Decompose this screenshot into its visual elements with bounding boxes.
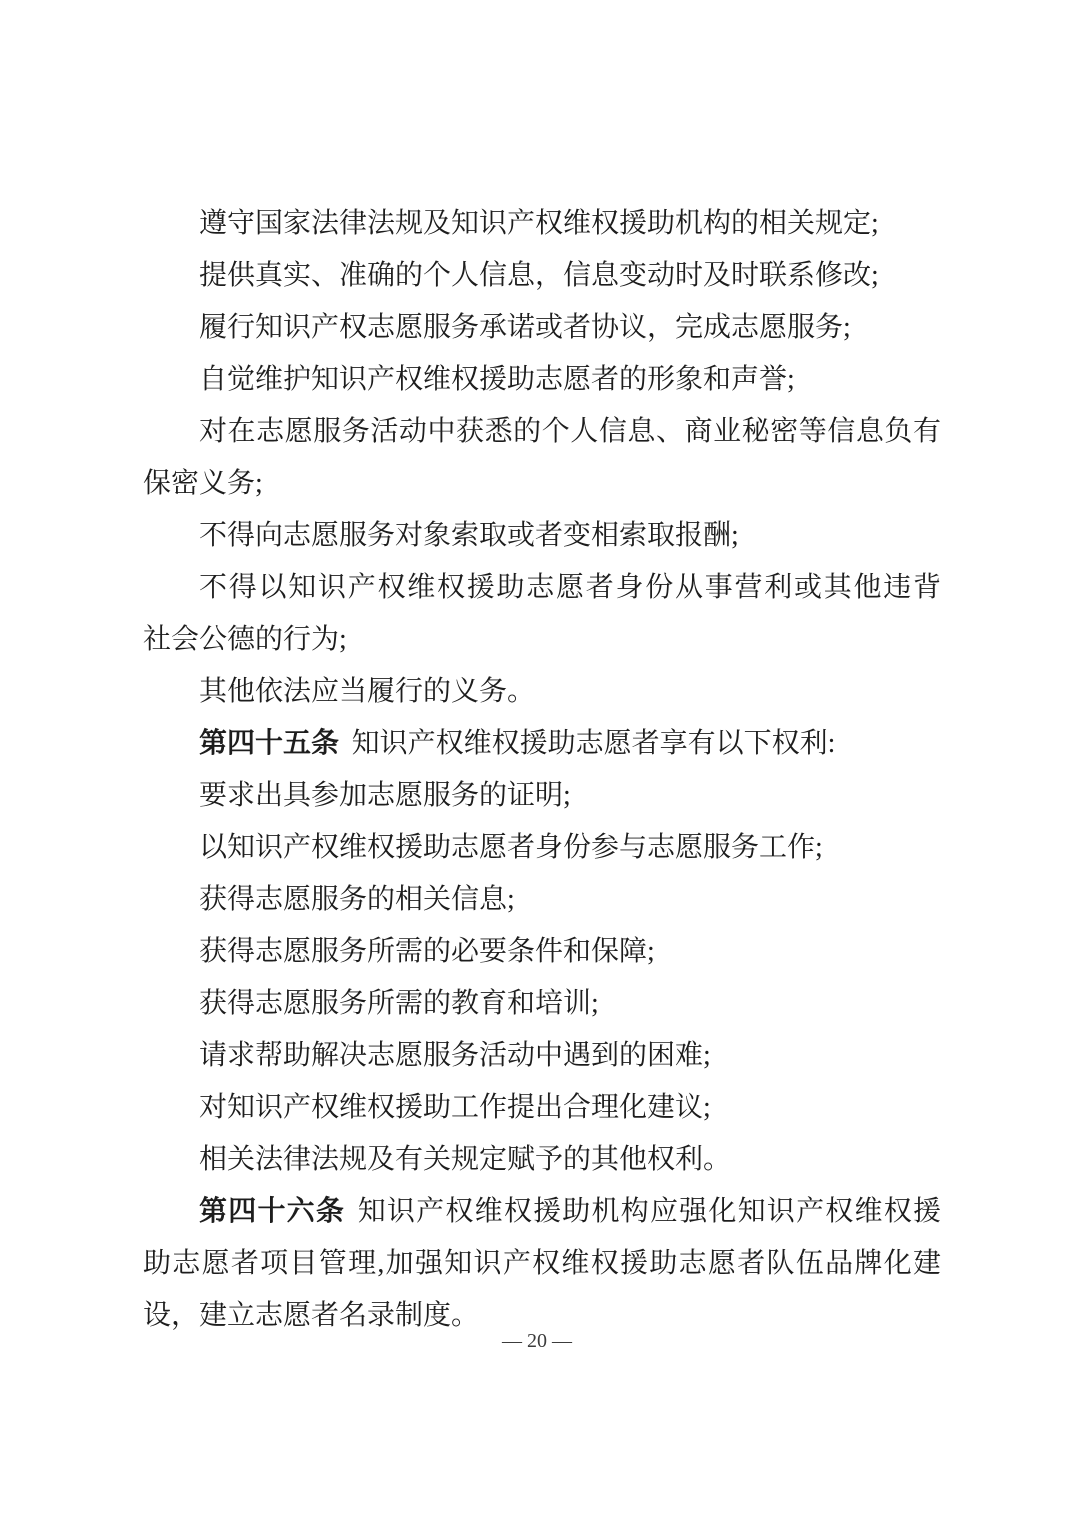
text-line: 履行知识产权志愿服务承诺或者协议，完成志愿服务; (143, 302, 941, 354)
text-line: 相关法律法规及有关规定赋予的其他权利。 (143, 1134, 941, 1186)
paragraph: 提供真实、准确的个人信息，信息变动时及时联系修改; (143, 250, 941, 302)
paragraph: 要求出具参加志愿服务的证明; (143, 770, 941, 822)
document-body: 遵守国家法律法规及知识产权维权援助机构的相关规定;提供真实、准确的个人信息，信息… (143, 198, 941, 1342)
paragraph: 不得向志愿服务对象索取或者变相索取报酬; (143, 510, 941, 562)
text-line: 不得向志愿服务对象索取或者变相索取报酬; (143, 510, 941, 562)
page-footer: — 20 — (0, 1328, 1074, 1354)
text-line: 不得以知识产权维权援助志愿者身份从事营利或其他违背 (143, 562, 941, 614)
text-line: 第四十五条知识产权维权援助志愿者享有以下权利: (143, 718, 941, 770)
text-line: 其他依法应当履行的义务。 (143, 666, 941, 718)
text-line: 自觉维护知识产权维权援助志愿者的形象和声誉; (143, 354, 941, 406)
text-line: 获得志愿服务所需的必要条件和保障; (143, 926, 941, 978)
article-number: 第四十五条 (199, 728, 339, 759)
paragraph: 对在志愿服务活动中获悉的个人信息、商业秘密等信息负有保密义务; (143, 406, 941, 510)
paragraph: 获得志愿服务所需的教育和培训; (143, 978, 941, 1030)
text-line: 助志愿者项目管理,加强知识产权维权援助志愿者队伍品牌化建 (143, 1238, 941, 1290)
page-number: — 20 — (502, 1330, 572, 1352)
text-line: 对知识产权维权援助工作提出合理化建议; (143, 1082, 941, 1134)
paragraph: 第四十六条知识产权维权援助机构应强化知识产权维权援助志愿者项目管理,加强知识产权… (143, 1186, 941, 1342)
text-line: 获得志愿服务的相关信息; (143, 874, 941, 926)
paragraph: 遵守国家法律法规及知识产权维权援助机构的相关规定; (143, 198, 941, 250)
text-line: 遵守国家法律法规及知识产权维权援助机构的相关规定; (143, 198, 941, 250)
text-line: 要求出具参加志愿服务的证明; (143, 770, 941, 822)
text-line: 保密义务; (143, 458, 941, 510)
text-line: 第四十六条知识产权维权援助机构应强化知识产权维权援 (143, 1186, 941, 1238)
text-line: 提供真实、准确的个人信息，信息变动时及时联系修改; (143, 250, 941, 302)
paragraph: 第四十五条知识产权维权援助志愿者享有以下权利: (143, 718, 941, 770)
paragraph: 请求帮助解决志愿服务活动中遇到的困难; (143, 1030, 941, 1082)
paragraph: 履行知识产权志愿服务承诺或者协议，完成志愿服务; (143, 302, 941, 354)
text-line: 获得志愿服务所需的教育和培训; (143, 978, 941, 1030)
document-page: 遵守国家法律法规及知识产权维权援助机构的相关规定;提供真实、准确的个人信息，信息… (0, 0, 1074, 1520)
text-line: 以知识产权维权援助志愿者身份参与志愿服务工作; (143, 822, 941, 874)
article-number: 第四十六条 (199, 1196, 345, 1227)
text-line: 对在志愿服务活动中获悉的个人信息、商业秘密等信息负有 (143, 406, 941, 458)
paragraph: 获得志愿服务所需的必要条件和保障; (143, 926, 941, 978)
paragraph: 相关法律法规及有关规定赋予的其他权利。 (143, 1134, 941, 1186)
paragraph: 其他依法应当履行的义务。 (143, 666, 941, 718)
paragraph: 以知识产权维权援助志愿者身份参与志愿服务工作; (143, 822, 941, 874)
paragraph: 自觉维护知识产权维权援助志愿者的形象和声誉; (143, 354, 941, 406)
text-line: 社会公德的行为; (143, 614, 941, 666)
text-line: 请求帮助解决志愿服务活动中遇到的困难; (143, 1030, 941, 1082)
paragraph: 对知识产权维权援助工作提出合理化建议; (143, 1082, 941, 1134)
paragraph: 不得以知识产权维权援助志愿者身份从事营利或其他违背社会公德的行为; (143, 562, 941, 666)
paragraph: 获得志愿服务的相关信息; (143, 874, 941, 926)
